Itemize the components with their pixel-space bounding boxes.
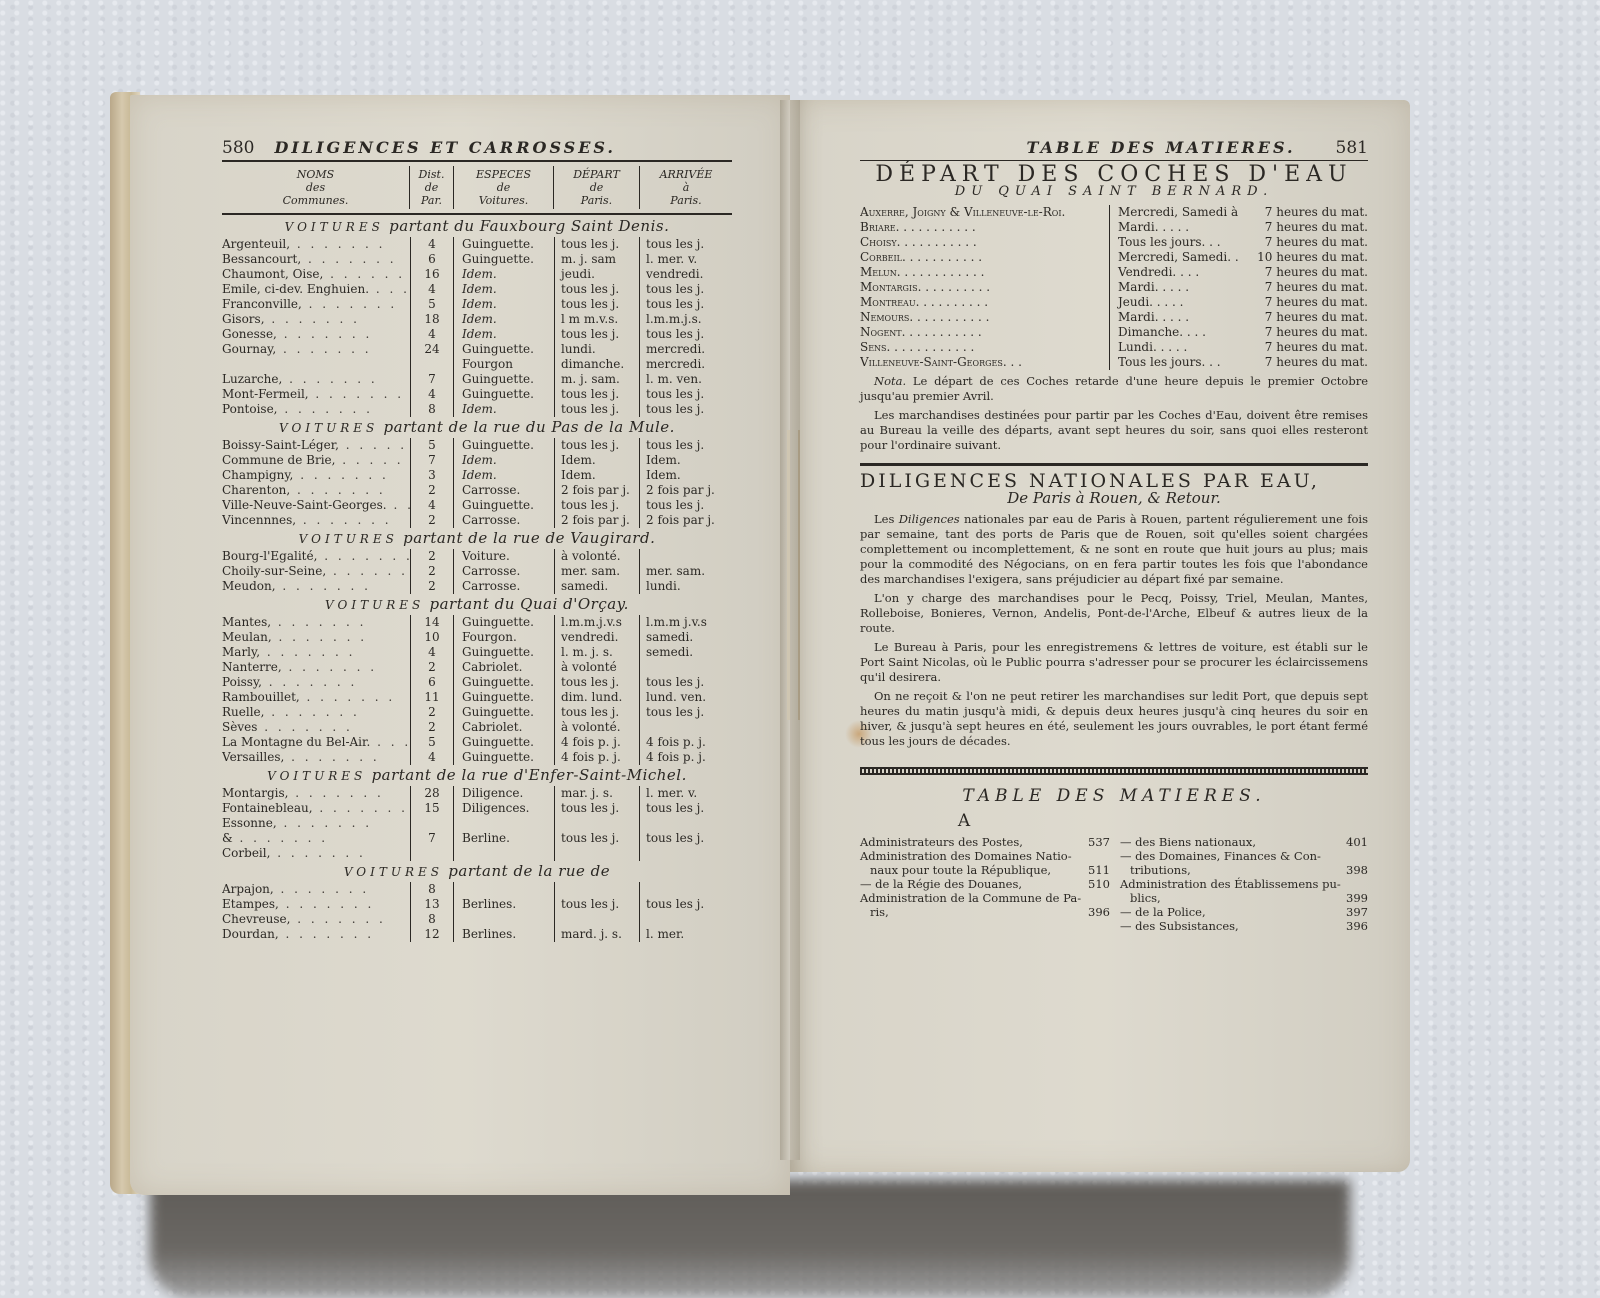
toc-entry-text: Administration des Domaines Natio- [860, 849, 1072, 863]
cell-depart: tous les j. [554, 498, 640, 513]
header-rule [860, 160, 1368, 161]
cell-depart: Idem. [554, 453, 640, 468]
cell-depart: samedi. [554, 579, 640, 594]
toc-entry-page: 396 [1088, 905, 1110, 919]
coche-hour: 7 heures du mat. [1265, 235, 1368, 250]
cell-dist: 2 [410, 483, 454, 498]
para-lead: Les [874, 512, 894, 526]
cell-depart: vendredi. [554, 630, 640, 645]
toc-entry-page: 399 [1346, 891, 1368, 905]
toc-entry: — de la Régie des Douanes,510 [860, 877, 1110, 891]
cell-dist: 11 [410, 690, 454, 705]
toc-entry-text: — des Subsistances, [1120, 919, 1239, 933]
cell-dist: 16 [410, 267, 454, 282]
cell-especes: Guinguette. [454, 438, 554, 453]
section-title-caps: VOITURES [344, 865, 443, 879]
cell-depart: l.m.m.j.v.s [554, 615, 640, 630]
section-title-rest: partant du Fauxbourg Saint Denis. [389, 217, 669, 235]
table-row: Argenteuil,4Guinguette.tous les j.tous l… [222, 237, 732, 252]
cell-especes [454, 912, 554, 927]
cell-depart: m. j. sam. [554, 372, 640, 387]
cell-name: Choily-sur-Seine, [222, 564, 410, 579]
cell-arrivee: 2 fois par j. [640, 483, 732, 498]
toc-entry: — des Domaines, Finances & Con- [1120, 849, 1368, 863]
cell-depart: dimanche. [554, 357, 640, 372]
coche-schedule: Mercredi, Samedi à7 heures du mat. [1110, 205, 1368, 220]
header-line: à [640, 181, 732, 194]
cell-name: Chevreuse, [222, 912, 410, 927]
cell-arrivee: mercredi. [640, 357, 732, 372]
cell-name: Commune de Brie, [222, 453, 410, 468]
cell-dist: 2 [410, 564, 454, 579]
cell-especes: Guinguette. [454, 237, 554, 252]
header-rule [222, 160, 732, 162]
header-line: Voitures. [454, 194, 553, 207]
coche-days: Mercredi, Samedi. . [1118, 250, 1239, 265]
cell-arrivee: lund. ven. [640, 690, 732, 705]
toc-entry: Administration des Établissemens pu- [1120, 877, 1368, 891]
toc-entry-text: Administration des Établissemens pu- [1120, 877, 1341, 891]
coche-hour: 7 heures du mat. [1265, 220, 1368, 235]
cell-arrivee: samedi. [640, 630, 732, 645]
coche-row: Corbeil. . . . . . . . . . .Mercredi, Sa… [860, 250, 1368, 265]
cell-especes: Guinguette. [454, 675, 554, 690]
cell-especes: Idem. [454, 468, 554, 483]
toc-entry-page: 511 [1088, 863, 1110, 877]
coche-days: Jeudi. . . . . [1118, 295, 1184, 310]
coche-hour: 7 heures du mat. [1265, 295, 1368, 310]
cell-dist: 6 [410, 675, 454, 690]
header-line: Par. [410, 194, 453, 207]
coche-schedule: Tous les jours. . .7 heures du mat. [1110, 235, 1368, 250]
coche-place: Briare. . . . . . . . . . . [860, 220, 1110, 235]
cell-dist: 6 [410, 252, 454, 267]
cell-arrivee: mercredi. [640, 342, 732, 357]
coche-hour: 7 heures du mat. [1265, 205, 1368, 220]
coche-row: Montreau. . . . . . . . . .Jeudi. . . . … [860, 295, 1368, 310]
cell-dist: 24 [410, 342, 454, 357]
header-line: Paris. [554, 194, 639, 207]
coche-row: Melun. . . . . . . . . . . .Vendredi. . … [860, 265, 1368, 280]
coche-days: Mercredi, Samedi à [1118, 205, 1238, 220]
cell-name: Mont-Fermeil, [222, 387, 410, 402]
coche-schedule: Mardi. . . . .7 heures du mat. [1110, 310, 1368, 325]
cell-depart: Idem. [554, 468, 640, 483]
cell-especes: Idem. [454, 402, 554, 417]
cell-depart: jeudi. [554, 267, 640, 282]
cell-dist: 7 [410, 831, 454, 846]
coche-days: Vendredi. . . . [1118, 265, 1199, 280]
cell-especes: Berlines. [454, 927, 554, 942]
cell-depart: tous les j. [554, 297, 640, 312]
cell-depart [554, 846, 640, 861]
cell-dist: 4 [410, 282, 454, 297]
cell-especes: Guinguette. [454, 498, 554, 513]
cell-name: Ruelle, [222, 705, 410, 720]
ornamental-rule [860, 767, 1368, 775]
cell-especes: Guinguette. [454, 372, 554, 387]
cell-name: Versailles, [222, 750, 410, 765]
cell-arrivee: tous les j. [640, 498, 732, 513]
table-row: Ruelle,2Guinguette.tous les j.tous les j… [222, 705, 732, 720]
cell-especes: Guinguette. [454, 645, 554, 660]
section-title: VOITURES partant de la rue de Vaugirard. [222, 531, 732, 547]
cell-name: Charenton, [222, 483, 410, 498]
toc-column-2: — des Biens nationaux,401— des Domaines,… [1120, 835, 1368, 933]
cell-arrivee: l.m.m j.v.s [640, 615, 732, 630]
cell-especes: Idem. [454, 312, 554, 327]
binding-stitch [787, 430, 800, 720]
cell-dist: 2 [410, 579, 454, 594]
cell-depart: m. j. sam [554, 252, 640, 267]
section-title: VOITURES partant du Quai d'Orçay. [222, 597, 732, 613]
cell-name: Gisors, [222, 312, 410, 327]
section-title-rest: partant du Quai d'Orçay. [430, 595, 629, 613]
cell-arrivee: l.m.m.j.s. [640, 312, 732, 327]
cell-dist: 4 [410, 645, 454, 660]
coche-schedule: Mercredi, Samedi. .10 heures du mat. [1110, 250, 1368, 265]
table-row: Rambouillet,11Guinguette.dim. lund.lund.… [222, 690, 732, 705]
cell-dist: 14 [410, 615, 454, 630]
coche-days: Tous les jours. . . [1118, 355, 1221, 370]
coche-hour: 7 heures du mat. [1265, 355, 1368, 370]
cell-arrivee: tous les j. [640, 402, 732, 417]
toc-entry-text: blics, [1130, 891, 1161, 905]
cell-arrivee: tous les j. [640, 705, 732, 720]
cell-especes: Fourgon. [454, 630, 554, 645]
coche-schedule: Mardi. . . . .7 heures du mat. [1110, 220, 1368, 235]
cell-especes: Guinguette. [454, 615, 554, 630]
toc-entry-text: Administrateurs des Postes, [860, 835, 1023, 849]
cell-dist: 8 [410, 912, 454, 927]
cell-depart: tous les j. [554, 705, 640, 720]
cell-especes: Cabriolet. [454, 660, 554, 675]
nota-paragraph: Nota. Le départ de ces Coches retarde d'… [860, 374, 1368, 404]
table-row: Choily-sur-Seine,2Carrosse.mer. sam.mer.… [222, 564, 732, 579]
section-title-caps: VOITURES [267, 769, 366, 783]
coche-place: Montargis. . . . . . . . . . [860, 280, 1110, 295]
running-head-left: 580 DILIGENCES ET CARROSSES. [222, 140, 732, 156]
cell-depart: mar. j. s. [554, 786, 640, 801]
cell-name: Meudon, [222, 579, 410, 594]
cell-especes [454, 816, 554, 831]
cell-depart: mer. sam. [554, 564, 640, 579]
table-row: Corbeil, [222, 846, 732, 861]
header-rule-bottom [222, 213, 732, 215]
cell-depart: 2 fois par j. [554, 483, 640, 498]
cell-dist: 18 [410, 312, 454, 327]
cell-arrivee: tous les j. [640, 237, 732, 252]
col-header-depart: DÉPART de Paris. [554, 166, 640, 209]
page-number: 581 [1336, 141, 1368, 156]
cell-name: Corbeil, [222, 846, 410, 861]
table-row: Emile, ci-dev. Enghuien.4Idem.tous les j… [222, 282, 732, 297]
toc-entry: blics,399 [1120, 891, 1368, 905]
cell-name: Champigny, [222, 468, 410, 483]
toc-entry-text: Administration de la Commune de Pa- [860, 891, 1081, 905]
page-number: 580 [222, 141, 254, 156]
cell-especes: Guinguette. [454, 735, 554, 750]
coches-table: Auxerre, Joigny & Villeneuve-le-Roi.Merc… [860, 205, 1368, 370]
cell-arrivee [640, 846, 732, 861]
cell-especes: Idem. [454, 453, 554, 468]
cell-dist: 4 [410, 498, 454, 513]
cell-especes: Idem. [454, 267, 554, 282]
header-line: de [410, 181, 453, 194]
cell-name: La Montagne du Bel-Air. [222, 735, 410, 750]
cell-dist [410, 846, 454, 861]
cell-name: Sèves [222, 720, 410, 735]
header-line: NOMS [222, 168, 409, 181]
toc-entry: ris,396 [860, 905, 1110, 919]
header-line: ESPECES [454, 168, 553, 181]
cell-dist: 4 [410, 387, 454, 402]
cell-arrivee: tous les j. [640, 327, 732, 342]
cell-depart: 4 fois p. j. [554, 750, 640, 765]
cell-especes: Carrosse. [454, 564, 554, 579]
table-row: Gournay,24Guinguette.lundi.mercredi. [222, 342, 732, 357]
cell-especes: Guinguette. [454, 690, 554, 705]
cell-name: Gournay, [222, 342, 410, 357]
toc-entry: Administration des Domaines Natio- [860, 849, 1110, 863]
coche-hour: 7 heures du mat. [1265, 325, 1368, 340]
table-row: Pontoise,8Idem.tous les j.tous les j. [222, 402, 732, 417]
toc-entry-text: tributions, [1130, 863, 1191, 877]
coche-place: Choisy. . . . . . . . . . . [860, 235, 1110, 250]
header-line: Communes. [222, 194, 409, 207]
toc-entry: — de la Police,397 [1120, 905, 1368, 919]
toc-entry-text: ris, [870, 905, 889, 919]
cell-name: Gonesse, [222, 327, 410, 342]
cell-dist: 2 [410, 549, 454, 564]
coche-place: Sens. . . . . . . . . . . . [860, 340, 1110, 355]
departure-sections: VOITURES partant du Fauxbourg Saint Deni… [222, 219, 732, 942]
coche-row: Auxerre, Joigny & Villeneuve-le-Roi.Merc… [860, 205, 1368, 220]
diligences-subtitle: De Paris à Rouen, & Retour. [860, 491, 1368, 506]
table-row: Meulan,10Fourgon.vendredi.samedi. [222, 630, 732, 645]
cell-name: Bourg-l'Egalité, [222, 549, 410, 564]
cell-especes: Carrosse. [454, 579, 554, 594]
header-line: de [454, 181, 553, 194]
table-header: NOMS des Communes. Dist. de Par. ESPECES… [222, 166, 732, 209]
cell-name: Dourdan, [222, 927, 410, 942]
cell-dist: 28 [410, 786, 454, 801]
table-row: &7Berline.tous les j.tous les j. [222, 831, 732, 846]
cell-especes: Voiture. [454, 549, 554, 564]
coche-days: Lundi. . . . . [1118, 340, 1187, 355]
table-row: Sèves2Cabriolet.à volonté. [222, 720, 732, 735]
cell-name: Franconville, [222, 297, 410, 312]
cell-arrivee: tous les j. [640, 387, 732, 402]
cell-name: Boissy-Saint-Léger, [222, 438, 410, 453]
cell-name: Argenteuil, [222, 237, 410, 252]
cell-depart: mard. j. s. [554, 927, 640, 942]
toc-entry: naux pour toute la République,511 [860, 863, 1110, 877]
toc-entry-page: 401 [1346, 835, 1368, 849]
coche-row: Nemours. . . . . . . . . . .Mardi. . . .… [860, 310, 1368, 325]
cell-arrivee: l. mer. v. [640, 786, 732, 801]
coche-row: Sens. . . . . . . . . . . .Lundi. . . . … [860, 340, 1368, 355]
coche-place: Villeneuve-Saint-Georges. . . [860, 355, 1110, 370]
coches-title: DÉPART DES COCHES D'EAU [860, 167, 1368, 182]
cell-especes [454, 846, 554, 861]
toc-entry: — des Biens nationaux,401 [1120, 835, 1368, 849]
cell-name: Arpajon, [222, 882, 410, 897]
coche-place: Melun. . . . . . . . . . . . [860, 265, 1110, 280]
cell-name: Etampes, [222, 897, 410, 912]
cell-arrivee: tous les j. [640, 675, 732, 690]
cell-depart: à volonté. [554, 549, 640, 564]
cell-arrivee: l. mer. [640, 927, 732, 942]
table-row: Montargis,28Diligence.mar. j. s.l. mer. … [222, 786, 732, 801]
toc-entry-page: 537 [1088, 835, 1110, 849]
col-header-dist: Dist. de Par. [410, 166, 454, 209]
cell-dist: 2 [410, 720, 454, 735]
diligences-paragraph-2: L'on y charge des marchandises pour le P… [860, 591, 1368, 636]
cell-name: Vincennnes, [222, 513, 410, 528]
toc-column-1: Administrateurs des Postes,537Administra… [860, 835, 1110, 933]
table-row: Fourgondimanche.mercredi. [222, 357, 732, 372]
cell-depart: l. m. j. s. [554, 645, 640, 660]
cell-arrivee: tous les j. [640, 297, 732, 312]
cell-arrivee: l. m. ven. [640, 372, 732, 387]
cell-especes: Diligence. [454, 786, 554, 801]
cell-arrivee: mer. sam. [640, 564, 732, 579]
cell-depart [554, 912, 640, 927]
cell-depart: tous les j. [554, 387, 640, 402]
coche-days: Mardi. . . . . [1118, 220, 1189, 235]
table-row: Mantes,14Guinguette.l.m.m.j.v.sl.m.m j.v… [222, 615, 732, 630]
toc-entry-page: 396 [1346, 919, 1368, 933]
coche-schedule: Vendredi. . . .7 heures du mat. [1110, 265, 1368, 280]
coche-schedule: Mardi. . . . .7 heures du mat. [1110, 280, 1368, 295]
section-rule [860, 463, 1368, 466]
coche-schedule: Dimanche. . . .7 heures du mat. [1110, 325, 1368, 340]
section-title-rest: partant de la rue de Vaugirard. [403, 529, 655, 547]
cell-dist: 4 [410, 327, 454, 342]
cell-name: Pontoise, [222, 402, 410, 417]
cell-arrivee: l. mer. v. [640, 252, 732, 267]
table-row: Nanterre,2Cabriolet.à volonté [222, 660, 732, 675]
cell-dist: 4 [410, 237, 454, 252]
table-row: Chevreuse,8 [222, 912, 732, 927]
coche-place: Nogent. . . . . . . . . . . [860, 325, 1110, 340]
table-row: Champigny,3Idem.Idem.Idem. [222, 468, 732, 483]
book-shadow [150, 1180, 1350, 1298]
cell-depart: l m m.v.s. [554, 312, 640, 327]
coche-schedule: Jeudi. . . . .7 heures du mat. [1110, 295, 1368, 310]
toc-entry: Administration de la Commune de Pa- [860, 891, 1110, 905]
coche-hour: 10 heures du mat. [1257, 250, 1368, 265]
cell-depart: tous les j. [554, 897, 640, 912]
cell-dist: 2 [410, 705, 454, 720]
section-title-rest: partant de la rue de [448, 862, 610, 880]
cell-depart: tous les j. [554, 282, 640, 297]
cell-name: Fontainebleau, [222, 801, 410, 816]
cell-dist: 8 [410, 882, 454, 897]
cell-arrivee: Idem. [640, 468, 732, 483]
table-row: Franconville,5Idem.tous les j.tous les j… [222, 297, 732, 312]
cell-name: Emile, ci-dev. Enghuien. [222, 282, 410, 297]
diligences-paragraph-1: Les Diligences nationales par eau de Par… [860, 512, 1368, 587]
cell-name: Meulan, [222, 630, 410, 645]
table-row: Ville-Neuve-Saint-Georges.4Guinguette.to… [222, 498, 732, 513]
coche-schedule: Tous les jours. . .7 heures du mat. [1110, 355, 1368, 370]
cell-especes: Guinguette. [454, 705, 554, 720]
nota-label: Nota. [874, 374, 906, 388]
cell-dist: 2 [410, 660, 454, 675]
cell-especes: Idem. [454, 282, 554, 297]
running-head-title: TABLE DES MATIERES. [1026, 140, 1295, 155]
cell-dist: 8 [410, 402, 454, 417]
toc-index: Administrateurs des Postes,537Administra… [860, 835, 1368, 933]
cell-dist: 12 [410, 927, 454, 942]
toc-entry-text: — de la Régie des Douanes, [860, 877, 1022, 891]
table-row: Luzarche,7Guinguette.m. j. sam.l. m. ven… [222, 372, 732, 387]
section-title-caps: VOITURES [285, 220, 384, 234]
coche-days: Tous les jours. . . [1118, 235, 1221, 250]
header-line: de [554, 181, 639, 194]
table-row: Marly,4Guinguette.l. m. j. s.semedi. [222, 645, 732, 660]
table-row: Commune de Brie,7Idem.Idem.Idem. [222, 453, 732, 468]
cell-arrivee [640, 720, 732, 735]
cell-dist: 5 [410, 735, 454, 750]
table-row: Gisors,18Idem.l m m.v.s.l.m.m.j.s. [222, 312, 732, 327]
cell-name: Rambouillet, [222, 690, 410, 705]
cell-especes: Diligences. [454, 801, 554, 816]
toc-letter: A [560, 814, 1368, 829]
toc-entry-text: — de la Police, [1120, 905, 1206, 919]
table-row: Mont-Fermeil,4Guinguette.tous les j.tous… [222, 387, 732, 402]
cell-arrivee: tous les j. [640, 282, 732, 297]
coche-hour: 7 heures du mat. [1265, 280, 1368, 295]
toc-entry: — des Subsistances,396 [1120, 919, 1368, 933]
diligences-paragraph-3: Le Bureau à Paris, pour les enregistreme… [860, 640, 1368, 685]
cell-dist: 7 [410, 372, 454, 387]
cell-especes: Fourgon [454, 357, 554, 372]
toc-entry-text: — des Biens nationaux, [1120, 835, 1256, 849]
cell-dist: 13 [410, 897, 454, 912]
table-row: Meudon,2Carrosse.samedi.lundi. [222, 579, 732, 594]
cell-dist: 3 [410, 468, 454, 483]
toc-title: TABLE DES MATIERES. [860, 789, 1368, 804]
table-row: Versailles,4Guinguette.4 fois p. j.4 foi… [222, 750, 732, 765]
cell-depart: lundi. [554, 342, 640, 357]
cell-especes: Guinguette. [454, 750, 554, 765]
toc-entry-text: — des Domaines, Finances & Con- [1120, 849, 1321, 863]
right-page-content: TABLE DES MATIERES. 581 DÉPART DES COCHE… [860, 140, 1368, 933]
diligences-title: DILIGENCES NATIONALES PAR EAU, [860, 474, 1368, 489]
cell-depart: tous les j. [554, 402, 640, 417]
cell-depart: à volonté. [554, 720, 640, 735]
cell-name: Montargis, [222, 786, 410, 801]
coche-place: Corbeil. . . . . . . . . . . [860, 250, 1110, 265]
toc-entry-page: 397 [1346, 905, 1368, 919]
cell-name: Essonne, [222, 816, 410, 831]
coche-row: Choisy. . . . . . . . . . .Tous les jour… [860, 235, 1368, 250]
coche-hour: 7 heures du mat. [1265, 310, 1368, 325]
section-title-rest: partant de la rue d'Enfer-Saint-Michel. [372, 766, 687, 784]
section-title: VOITURES partant de la rue d'Enfer-Saint… [222, 768, 732, 784]
cell-especes: Cabriolet. [454, 720, 554, 735]
table-row: Charenton,2Carrosse.2 fois par j.2 fois … [222, 483, 732, 498]
section-title-caps: VOITURES [325, 598, 424, 612]
cell-dist: 15 [410, 801, 454, 816]
section-title-rest: partant de la rue du Pas de la Mule. [384, 418, 675, 436]
col-header-especes: ESPECES de Voitures. [454, 166, 554, 209]
coche-place: Montreau. . . . . . . . . . [860, 295, 1110, 310]
toc-entry-text: naux pour toute la République, [870, 863, 1051, 877]
